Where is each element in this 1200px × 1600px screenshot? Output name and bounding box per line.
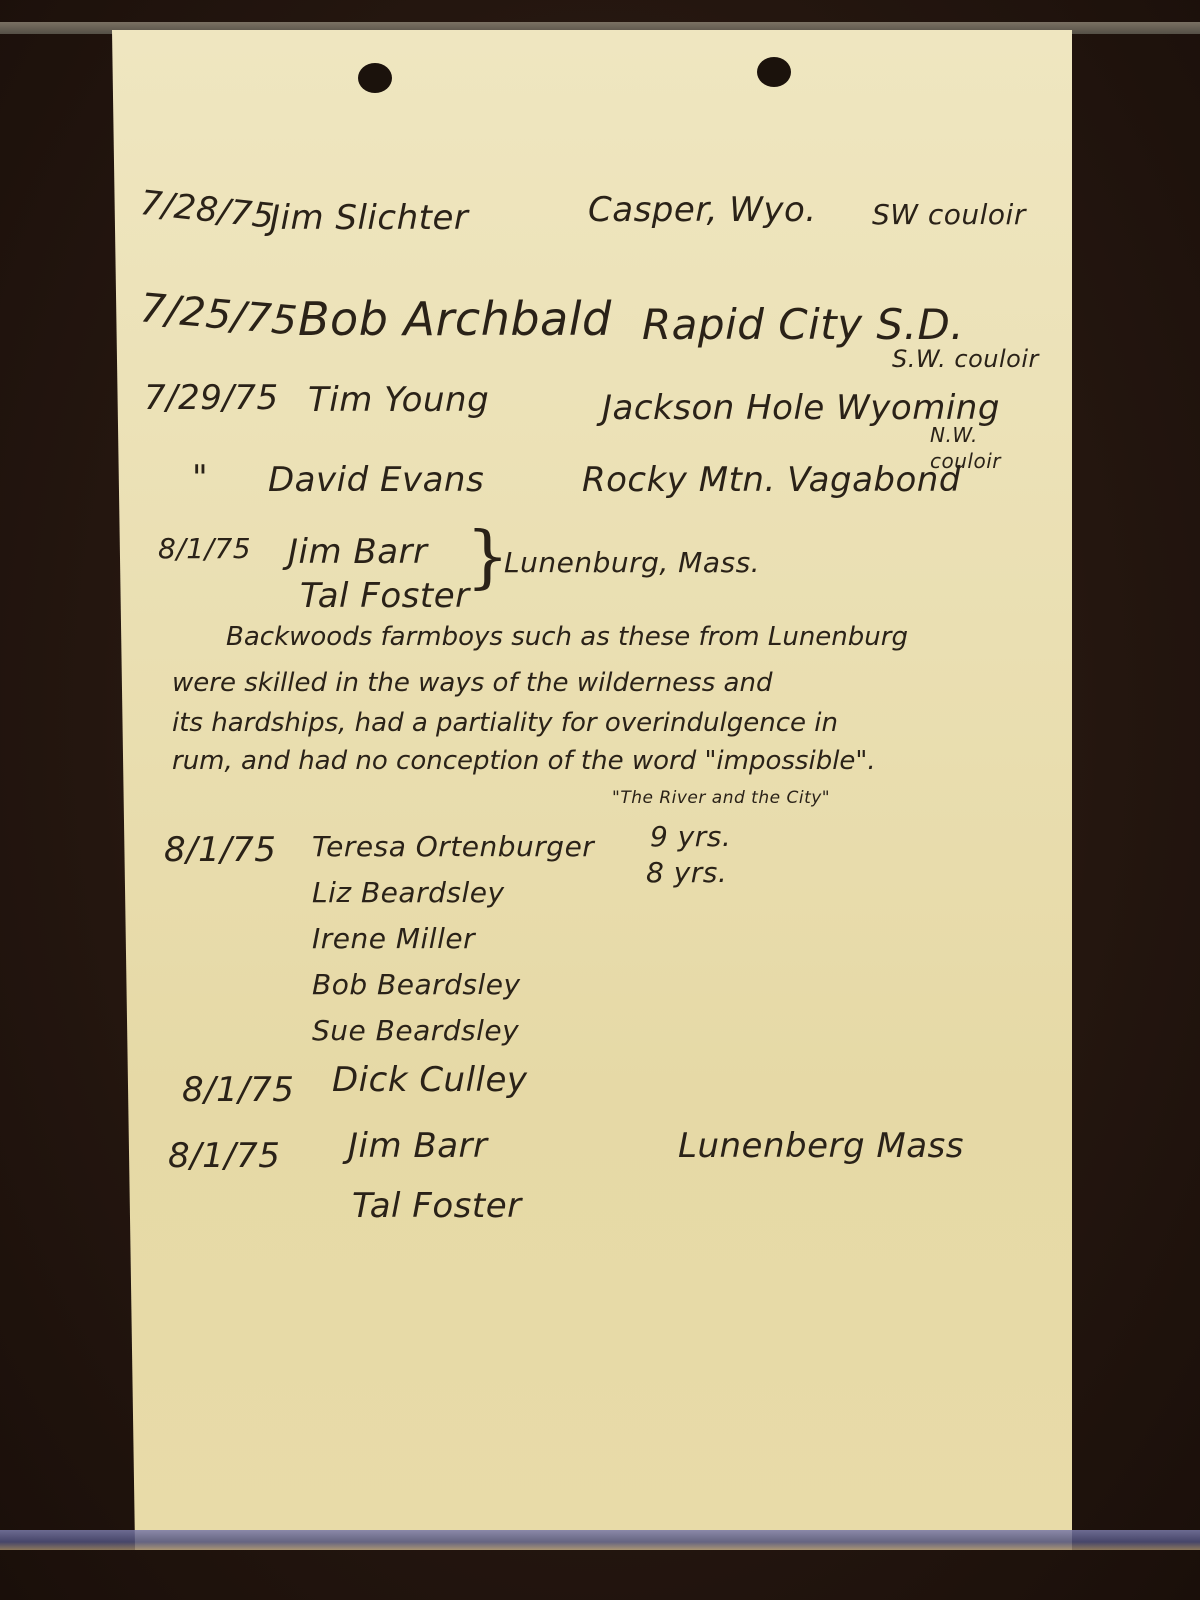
grouping-brace: } — [466, 518, 509, 597]
quote-line-1: Backwoods farmboys such as these from Lu… — [226, 622, 908, 652]
group-member-1-name: Teresa Ortenburger — [312, 830, 594, 863]
entry-5-name-1: Jim Barr — [288, 532, 428, 572]
entry-1-date: 7/28/75 — [138, 183, 276, 237]
entry-3-date: 7/29/75 — [144, 378, 279, 418]
register-sheet: 7/28/75 Jim Slichter Casper, Wyo. SW cou… — [112, 30, 1072, 1550]
quote-line-2: were skilled in the ways of the wilderne… — [172, 668, 772, 698]
entry-5-name-2: Tal Foster — [300, 576, 470, 616]
entry-2-date: 7/25/75 — [138, 285, 299, 345]
group-member-4-name: Bob Beardsley — [312, 968, 521, 1001]
bottom-mounting-rail — [0, 1530, 1200, 1550]
group-member-2-name: Liz Beardsley — [312, 876, 505, 909]
group-entry-date: 8/1/75 — [164, 830, 276, 870]
later-entry-2-date: 8/1/75 — [168, 1136, 280, 1176]
entry-5-location: Lunenburg, Mass. — [504, 546, 760, 579]
later-entry-1-name: Dick Culley — [332, 1060, 528, 1100]
entry-1-route: SW couloir — [872, 198, 1026, 231]
entry-3-name: Tim Young — [308, 380, 489, 420]
entry-1-name: Jim Slichter — [270, 198, 468, 238]
entry-4-location: Rocky Mtn. Vagabond — [582, 460, 961, 500]
entry-4-ditto: " — [192, 458, 208, 498]
group-member-2-age: 8 yrs. — [646, 856, 727, 889]
group-member-5-name: Sue Beardsley — [312, 1014, 519, 1047]
entry-5-date: 8/1/75 — [158, 532, 251, 565]
later-entry-2-name-2: Tal Foster — [352, 1186, 522, 1226]
quote-line-3: its hardships, had a partiality for over… — [172, 708, 838, 738]
punch-hole-left — [358, 63, 392, 93]
entry-2-name: Bob Archbald — [298, 292, 612, 346]
later-entry-1-date: 8/1/75 — [182, 1070, 294, 1110]
entry-2-route: S.W. couloir — [892, 342, 1052, 376]
entry-4-name: David Evans — [268, 460, 484, 500]
quote-line-4: rum, and had no conception of the word "… — [172, 746, 876, 776]
quote-source: "The River and the City" — [612, 788, 830, 808]
entry-1-location: Casper, Wyo. — [588, 190, 817, 230]
later-entry-2-name-1: Jim Barr — [348, 1126, 488, 1166]
later-entry-2-location: Lunenberg Mass — [678, 1126, 964, 1166]
group-member-1-age: 9 yrs. — [650, 820, 731, 853]
group-member-3-name: Irene Miller — [312, 922, 475, 955]
punch-hole-right — [757, 57, 791, 87]
